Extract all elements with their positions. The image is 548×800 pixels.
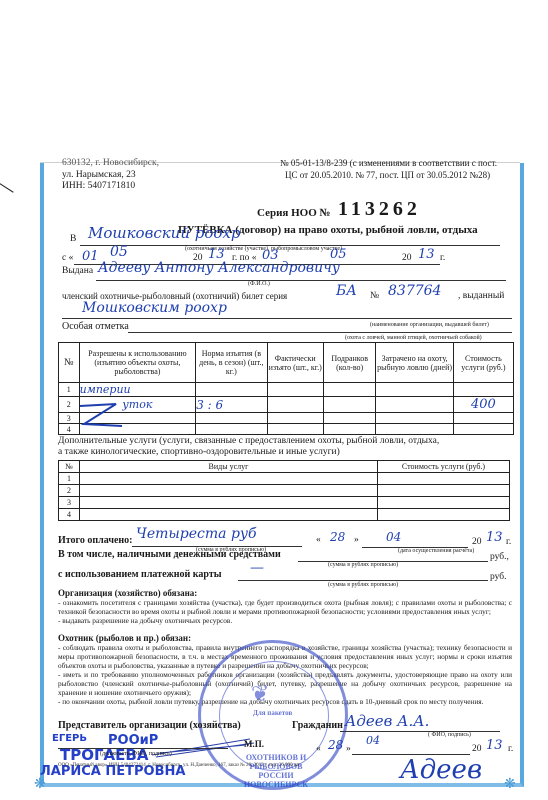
citizen-name-value: Адеев А.А. bbox=[345, 712, 429, 730]
col-header: Стоимость услуги (руб.) bbox=[378, 461, 510, 473]
fio-caption: (Ф.И.О.) bbox=[248, 281, 270, 287]
address-street: ул. Нарымская, 23 bbox=[62, 170, 136, 180]
table-row: 1 империи bbox=[59, 383, 514, 397]
col-header: Разрешены к использованию (изъятию объек… bbox=[79, 343, 196, 383]
underline bbox=[340, 731, 500, 732]
permits-table: № Разрешены к использованию (изъятию объ… bbox=[58, 342, 514, 435]
issued-by-caption: (наименование организации, выдавшей биле… bbox=[370, 322, 489, 328]
rep-stamp-position: ЕГЕРЬ bbox=[52, 733, 87, 744]
to-year: 13 bbox=[418, 247, 435, 262]
table-row: 2 bbox=[59, 485, 510, 497]
table-row: 2 уток 3 : 6 400 bbox=[59, 397, 514, 413]
rub-label: руб. bbox=[490, 572, 506, 582]
bird-emblem-icon: ❦ bbox=[251, 681, 269, 707]
cell-actual bbox=[267, 424, 323, 435]
table-row: 1 bbox=[59, 473, 510, 485]
date-open: « bbox=[316, 744, 321, 754]
cell-days bbox=[376, 424, 453, 435]
special-mark-label: Особая отметка bbox=[62, 321, 129, 332]
cell-actual bbox=[267, 397, 323, 413]
cell-cost bbox=[453, 413, 513, 424]
cell-actual bbox=[267, 383, 323, 397]
row-number: 2 bbox=[59, 485, 80, 497]
cash-caption: (сумма в рублях прописью) bbox=[328, 562, 398, 568]
table-row: 3 bbox=[59, 497, 510, 509]
corner-ornament-icon: ❋ bbox=[504, 776, 516, 793]
col-header: Затрачено на охоту, рыбную ловлю (дней) bbox=[376, 343, 453, 383]
payment-year-prefix: 20 bbox=[472, 537, 482, 547]
to-year-prefix: 20 bbox=[402, 253, 412, 263]
cell-kind bbox=[80, 497, 378, 509]
col-header: № bbox=[59, 461, 80, 473]
date-caption: (дата осуществления расчёта) bbox=[398, 548, 474, 554]
cell-cost bbox=[453, 383, 513, 397]
cell-object: империи bbox=[79, 383, 196, 397]
underline bbox=[58, 748, 228, 749]
cell-kind bbox=[80, 509, 378, 521]
table-row: 4 bbox=[59, 424, 514, 435]
representative-label: Представитель организации (хозяйства) bbox=[58, 720, 241, 731]
ticket-series: БА bbox=[336, 283, 357, 299]
cell-cost bbox=[378, 473, 510, 485]
from-day: 01 bbox=[82, 249, 99, 264]
rub-label: руб., bbox=[490, 552, 509, 562]
sign-day: 28 bbox=[328, 738, 343, 752]
sign-year: 13 bbox=[486, 738, 503, 753]
sign-year-suffix: г. bbox=[508, 744, 513, 754]
special-mark-caption: (охота с ловчей, манной птицей, охотничь… bbox=[345, 335, 482, 341]
cell-days bbox=[376, 397, 453, 413]
decree-line1: № 05-01-13/8-239 (с изменениями в соотве… bbox=[280, 158, 497, 168]
obligation-item: - ознакомить посетителя с границами хозя… bbox=[58, 598, 512, 616]
col-header: № bbox=[59, 343, 80, 383]
hunting-ground-value: Мошковский роохр bbox=[88, 224, 241, 242]
serial-label: Серия НОО № bbox=[257, 207, 331, 219]
extra-services-title: Дополнительные услуги (услуги, связанные… bbox=[58, 436, 439, 446]
pen-mark: ╲ bbox=[0, 179, 14, 198]
date-close: » bbox=[346, 744, 351, 754]
table-row: 4 bbox=[59, 509, 510, 521]
ticket-no-label: № bbox=[370, 291, 379, 301]
from-label: с « bbox=[62, 253, 73, 263]
address-top: 630132, г. Новосибирск, bbox=[62, 158, 159, 168]
underline bbox=[96, 280, 506, 281]
cell-norm bbox=[196, 383, 267, 397]
issued-label: Выдана bbox=[62, 266, 93, 276]
decree-line2: ЦС от 20.05.2010. № 77, пост. ЦП от 30.0… bbox=[285, 170, 490, 180]
row-number: 3 bbox=[59, 497, 80, 509]
org-obligations-list: - ознакомить посетителя с границами хозя… bbox=[58, 598, 512, 625]
payment-year: 13 bbox=[486, 530, 503, 545]
issued-by-label: , выданный bbox=[458, 291, 504, 301]
total-paid-label: Итого оплачено: bbox=[58, 535, 133, 546]
sign-month: 04 bbox=[366, 734, 380, 747]
col-header: Подранков (кол-во) bbox=[323, 343, 375, 383]
payment-year-suffix: г. bbox=[506, 537, 511, 547]
hunter-obligations-title: Охотник (рыболов и пр.) обязан: bbox=[58, 633, 191, 643]
from-month: 05 bbox=[110, 244, 128, 260]
z-strikeout-mark bbox=[76, 400, 126, 430]
ticket-number: 837764 bbox=[388, 283, 441, 299]
date-close: » bbox=[354, 535, 359, 545]
cell-days bbox=[376, 413, 453, 424]
cell-norm: 3 : 6 bbox=[196, 397, 267, 413]
cell-wounded bbox=[323, 397, 375, 413]
cell-days bbox=[376, 383, 453, 397]
row-number: 4 bbox=[59, 509, 80, 521]
in-label: В bbox=[70, 234, 76, 244]
row-number: 1 bbox=[59, 473, 80, 485]
seal-place-label: М.П. bbox=[244, 739, 264, 749]
total-paid-value: Четыреста руб bbox=[136, 526, 257, 542]
year-suffix: г. bbox=[440, 253, 445, 263]
cell-cost bbox=[378, 509, 510, 521]
extra-services-subtitle: а также кинологические, спортивно-оздоро… bbox=[58, 447, 340, 457]
cell-kind bbox=[80, 473, 378, 485]
citizen-caption: ( ФИО, подпись) bbox=[428, 732, 471, 738]
cash-label: В том числе, наличными денежными средств… bbox=[58, 549, 281, 560]
cell-wounded bbox=[323, 383, 375, 397]
cell-cost bbox=[378, 485, 510, 497]
col-header: Фактически изъято (шт., кг.) bbox=[267, 343, 323, 383]
row-number: 1 bbox=[59, 383, 80, 397]
col-header: Норма изъятия (в день, в сезон) (шт., кг… bbox=[196, 343, 267, 383]
underline bbox=[238, 580, 488, 581]
cell-wounded bbox=[323, 424, 375, 435]
issued-to-value: Адееву Антону Александровичу bbox=[98, 260, 340, 276]
underline bbox=[128, 332, 512, 333]
date-open: « bbox=[316, 535, 321, 545]
stamp-center-text: Для пакетов bbox=[253, 709, 292, 717]
cell-actual bbox=[267, 413, 323, 424]
issued-by-value: Мошковским роохр bbox=[82, 300, 227, 316]
sign-year-prefix: 20 bbox=[472, 744, 482, 754]
serial-number: 113262 bbox=[338, 198, 421, 221]
payment-day: 28 bbox=[330, 530, 345, 544]
org-obligations-title: Организация (хозяйство) обязана: bbox=[58, 588, 197, 598]
card-value: — bbox=[250, 560, 264, 576]
cell-kind bbox=[80, 485, 378, 497]
citizen-label: Гражданин bbox=[292, 720, 343, 731]
table-row: 3 bbox=[59, 413, 514, 424]
cell-wounded bbox=[323, 413, 375, 424]
col-header: Стоимость услуги (руб.) bbox=[453, 343, 513, 383]
obligation-item: - выдавать разрешение на добычу охотничь… bbox=[58, 616, 512, 625]
cell-cost bbox=[453, 424, 513, 435]
underline bbox=[62, 318, 512, 319]
card-label: с использованием платежной карты bbox=[58, 569, 222, 580]
cell-cost: 400 bbox=[453, 397, 513, 413]
col-header: Виды услуг bbox=[80, 461, 378, 473]
payment-month: 04 bbox=[386, 530, 401, 544]
inn: ИНН: 5407171810 bbox=[62, 181, 135, 191]
printer-imprint: ООО «Печатный двор» ИНН 5404272414, г. Н… bbox=[58, 763, 301, 768]
extra-services-table: № Виды услуг Стоимость услуги (руб.) 1 2… bbox=[58, 460, 510, 521]
cell-norm bbox=[196, 424, 267, 435]
card-caption: (сумма в рублях прописью) bbox=[328, 582, 398, 588]
rep-caption: (должность, ФИО, подпись) bbox=[100, 751, 172, 757]
table-header-row: № Разрешены к использованию (изъятию объ… bbox=[59, 343, 514, 383]
cell-norm bbox=[196, 413, 267, 424]
citizen-signature: Адеев bbox=[400, 755, 482, 785]
cell-cost bbox=[378, 497, 510, 509]
table-header-row: № Виды услуг Стоимость услуги (руб.) bbox=[59, 461, 510, 473]
